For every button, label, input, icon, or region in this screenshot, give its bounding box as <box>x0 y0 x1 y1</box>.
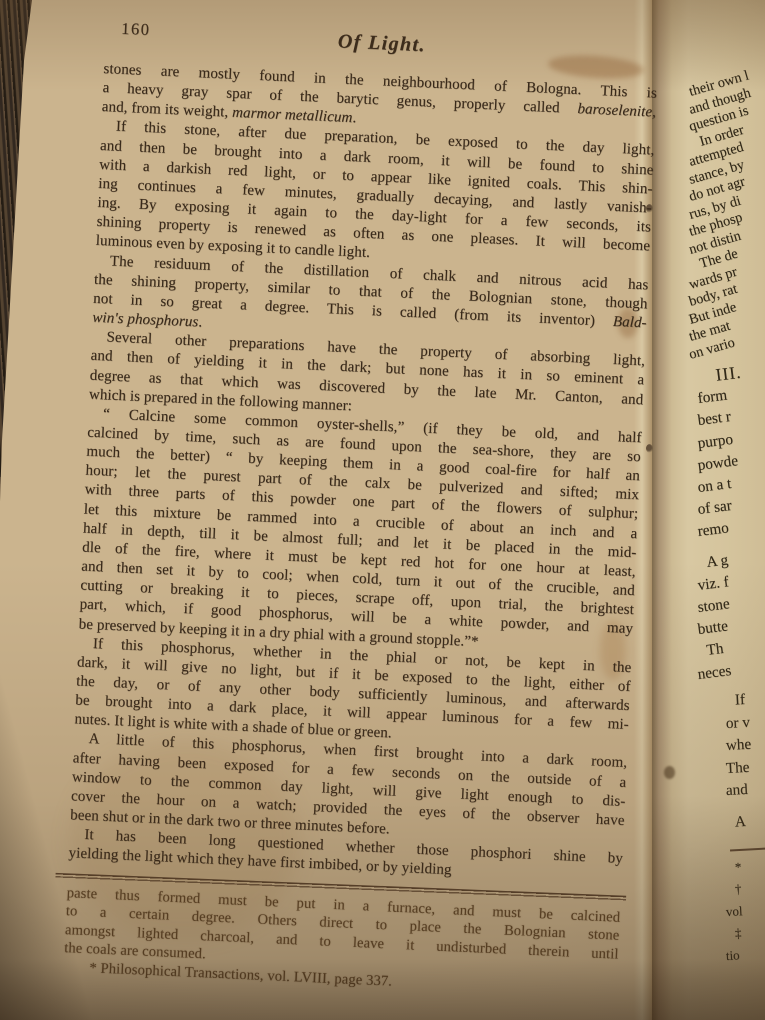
text-fragment: whe <box>725 732 765 758</box>
body-text: stones are mostly found in the neighbour… <box>68 60 657 888</box>
text-fragment: A <box>725 809 765 835</box>
right-page-text-bottom: Ifor vwheTheandA*†vol‡tio <box>726 690 765 967</box>
text-fragment: The <box>725 755 765 781</box>
text-fragment: † <box>725 875 765 900</box>
text-fragment: neces <box>696 658 742 685</box>
text-fragment: or v <box>725 709 765 735</box>
right-page-text-middle: III.formbest rpurpopowdeon a tof sarremo… <box>698 366 742 686</box>
text-fragment: remo <box>696 516 742 543</box>
binding-thread <box>650 158 652 750</box>
binding-knot <box>646 444 653 453</box>
text-fragment: If <box>725 687 765 713</box>
footnote-rule-fragment <box>730 846 765 851</box>
left-page-text: 160 Of Light. stones are mostly found in… <box>63 12 659 1001</box>
text-fragment: vol <box>725 897 765 922</box>
text-fragment: ‡ <box>725 919 765 944</box>
right-page-text-top: their own land thoughquestion isIn order… <box>690 84 753 364</box>
text-fragment: * <box>725 853 765 878</box>
book-photo: 160 Of Light. stones are mostly found in… <box>0 0 765 1020</box>
text-fragment: and <box>725 777 765 803</box>
text-fragment: tio <box>725 941 765 966</box>
